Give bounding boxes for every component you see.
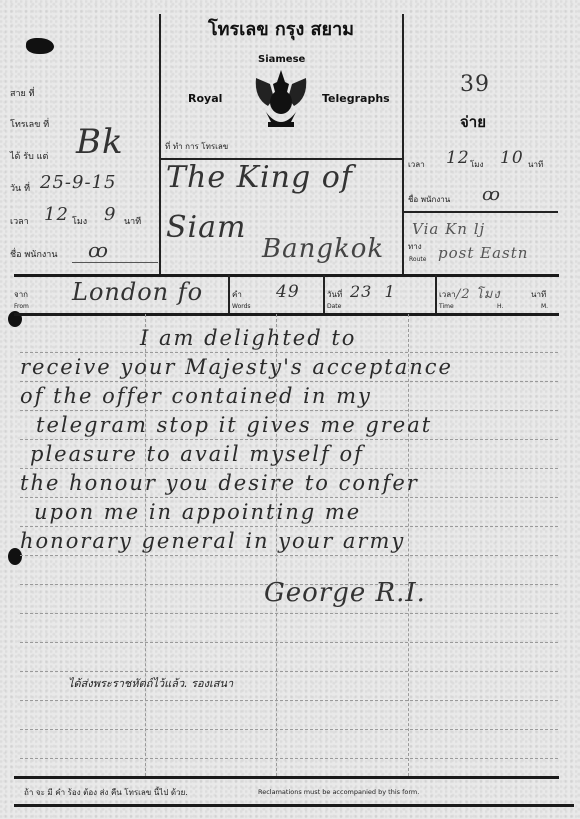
ruled-line	[20, 410, 558, 411]
ruled-line	[20, 439, 558, 440]
date-value: 25-9-15	[40, 172, 116, 193]
ink-blot	[26, 38, 54, 54]
divider	[323, 275, 325, 313]
ruled-line	[20, 613, 558, 614]
from-value: London fo	[72, 278, 203, 306]
divider	[14, 804, 574, 807]
minute-word: นาที	[124, 214, 141, 228]
message-line: telegram stop it gives me great	[36, 413, 432, 437]
ruled-line	[20, 352, 558, 353]
ruled-line	[20, 729, 558, 730]
clerk-label: ชื่อ พนักงาน	[10, 247, 58, 261]
date-label: วัน ที่	[10, 181, 30, 195]
address-line2: Siam	[166, 210, 246, 245]
signature: George R.I.	[264, 578, 426, 608]
words-label: Words	[232, 303, 251, 310]
route-label: Route	[409, 256, 426, 263]
sender-office-label: ที่ ทำ การ โทรเลข	[165, 140, 228, 153]
delivery-label: จ่าย	[460, 110, 486, 134]
time-m-label: M.	[541, 303, 548, 310]
divider	[14, 313, 559, 316]
footer-english-notice: Reclamations must be accompanied by this…	[258, 788, 419, 796]
clerk-signature: ꝏ	[88, 238, 109, 262]
garuda-emblem-icon	[252, 68, 310, 130]
royal-label: Royal	[188, 92, 222, 105]
words-value: 49	[276, 282, 300, 302]
message-line: pleasure to avail myself of	[30, 442, 364, 466]
route-label-thai: ทาง	[408, 240, 422, 253]
words-label-thai: คำ	[232, 288, 242, 301]
ruled-line	[20, 526, 558, 527]
info-time-value: /2 โมง	[456, 283, 501, 304]
telegram-number: 39	[460, 72, 490, 97]
footer-thai-notice: ถ้า จะ มี คำ ร้อง ต้อง ส่ง คืน โทรเลข นี…	[24, 786, 188, 799]
telegram-no-label: โทรเลข ที่	[10, 117, 49, 131]
received-from-label: ได้ รับ แต่	[10, 149, 48, 163]
ruled-line	[20, 381, 558, 382]
time-label-en: Time	[439, 303, 454, 310]
thai-note: ได้ส่งพระราชหัตถ์ไว้แล้ว. รองเสนา	[68, 674, 233, 692]
signature-line	[72, 262, 158, 263]
divider	[228, 275, 230, 313]
grid-column	[408, 314, 409, 776]
divider	[159, 14, 161, 276]
delivery-clerk-label: ชื่อ พนักงาน	[408, 193, 450, 206]
ruled-line	[20, 758, 558, 759]
delivery-minute-word: นาที	[528, 158, 543, 171]
address-line1: The King of	[166, 160, 353, 195]
ruled-line	[20, 700, 558, 701]
delivery-hour-value: 12	[446, 148, 470, 168]
date-label-thai: วันที่	[327, 288, 342, 301]
divider	[402, 211, 558, 213]
hour-word: โมง	[72, 214, 87, 228]
time-hour-value: 12	[44, 204, 69, 225]
siamese-label: Siamese	[258, 54, 305, 65]
route-value-line1: Via Kn lj	[412, 220, 485, 238]
route-value-line2: post Eastn	[438, 244, 528, 262]
message-line: of the offer contained in my	[20, 384, 372, 408]
time-minute-value: 9	[104, 204, 116, 225]
message-line: honorary general in your army	[20, 529, 405, 553]
received-from-value: Bk	[76, 122, 124, 162]
date-label-en: Date	[327, 303, 341, 310]
info-date-value: 23 1	[350, 282, 396, 301]
delivery-time-label: เวลา	[408, 158, 425, 171]
divider	[402, 14, 404, 276]
divider	[435, 275, 437, 313]
divider	[14, 776, 559, 779]
time-label-thai: เวลา	[439, 288, 456, 301]
time-h-label: H.	[497, 303, 503, 310]
message-line: the honour you desire to confer	[20, 471, 419, 495]
telegram-form: โทรเลข กรุง สยาม Siamese Royal Telegraph…	[0, 0, 580, 819]
message-line: I am delighted to	[140, 326, 356, 350]
ruled-line	[20, 497, 558, 498]
info-minute-word: นาที	[531, 288, 546, 301]
message-line: receive your Majesty's acceptance	[20, 355, 453, 379]
form-title-thai: โทรเลข กรุง สยาม	[160, 14, 402, 43]
address-city: Bangkok	[262, 234, 384, 264]
delivery-clerk-signature: ꝏ	[482, 184, 501, 205]
delivery-hour-word: โมง	[470, 158, 483, 171]
telegraphs-label: Telegraphs	[322, 92, 390, 105]
ruled-line	[20, 671, 558, 672]
divider	[14, 274, 559, 277]
message-line: upon me in appointing me	[34, 500, 361, 524]
ruled-line	[20, 468, 558, 469]
ruled-line	[20, 555, 558, 556]
time-label: เวลา	[10, 214, 29, 228]
delivery-minute-value: 10	[500, 148, 524, 168]
from-label: From	[14, 303, 29, 310]
ruled-line	[20, 642, 558, 643]
line-no-label: สาย ที่	[10, 86, 35, 100]
from-label-thai: จาก	[14, 288, 28, 301]
